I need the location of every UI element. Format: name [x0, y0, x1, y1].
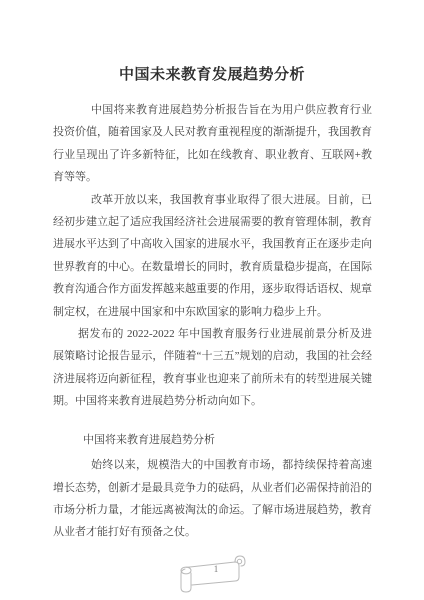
document-page: 中国未来教育发展趋势分析 中国将来教育进展趋势分析报告旨在为用户供应教育行业投资…: [0, 0, 424, 600]
section-heading: 中国将来教育进展趋势分析: [53, 429, 372, 451]
paragraph-intro-2: 改革开放以来，我国教育事业取得了很大进展。目前，已经初步建立起了适应我国经济社会…: [53, 189, 372, 323]
page-number: 1: [196, 562, 236, 576]
paragraph-intro-1: 中国将来教育进展趋势分析报告旨在为用户供应教育行业投资价值，随着国家及人民对教育…: [53, 99, 372, 189]
page-number-scroll: 1: [172, 552, 252, 596]
paragraph-body-1: 始终以来，规模浩大的中国教育市场，都持续保持着高速增长态势，创新才是最具竞争力的…: [53, 454, 372, 544]
document-body: 中国将来教育进展趋势分析报告旨在为用户供应教育行业投资价值，随着国家及人民对教育…: [53, 99, 372, 544]
paragraph-intro-3: 据发布的 2022-2022 年中国教育服务行业进展前景分析及进展策略讨论报告显…: [53, 323, 372, 413]
page-footer: 1: [0, 552, 424, 596]
page-title: 中国未来教育发展趋势分析: [0, 0, 424, 85]
